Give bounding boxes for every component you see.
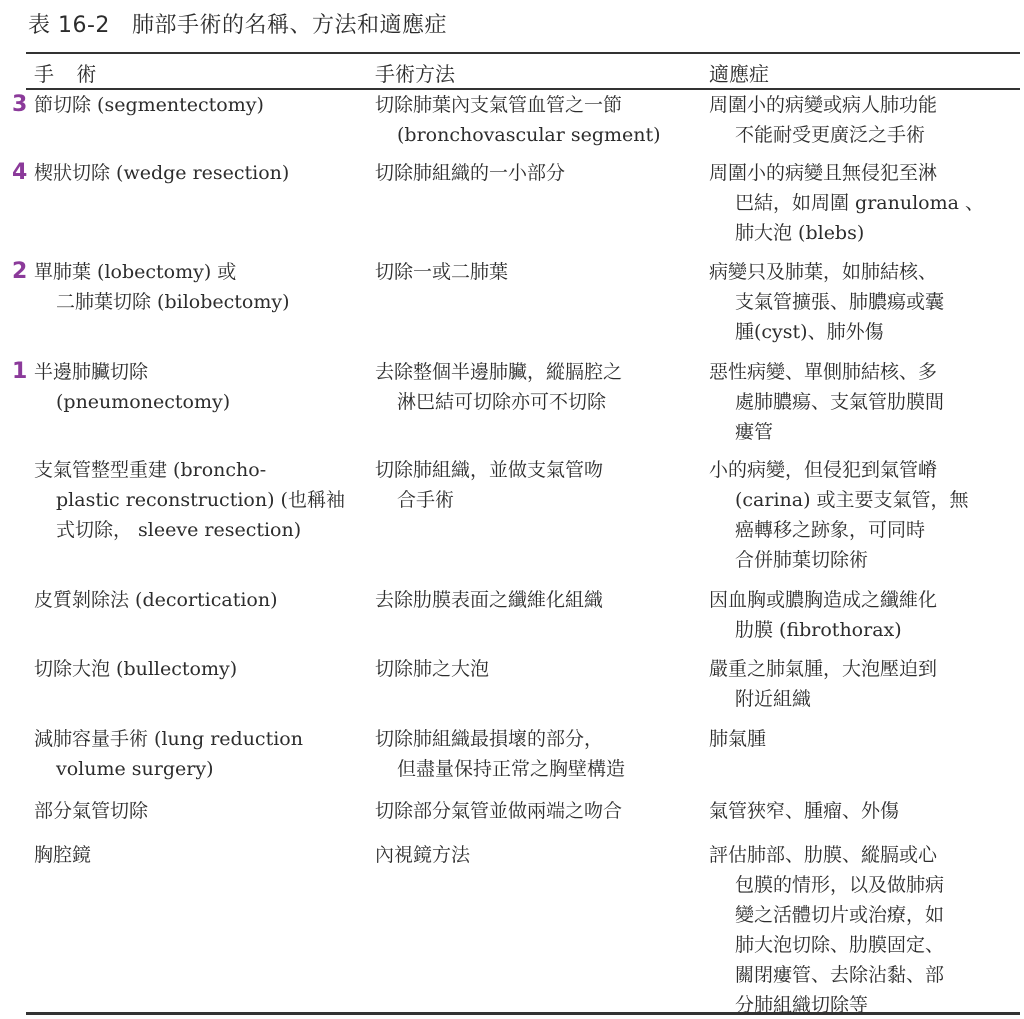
cell-line: 評估肺部、肋膜、縱膈或心 xyxy=(709,840,1019,870)
bottom-rule xyxy=(26,1012,1020,1015)
cell-line: 但盡量保持正常之胸壁構造 xyxy=(375,754,700,784)
cell-line: 切除肺組織最損壞的部分， xyxy=(375,724,700,754)
cell-line: 胸腔鏡 xyxy=(34,840,369,870)
cell-line: 支氣管整型重建 (broncho- xyxy=(34,455,369,485)
cell-line: 關閉瘻管、去除沾黏、部 xyxy=(709,960,1019,990)
cell-indication: 小的病變，但侵犯到氣管嵴(carina) 或主要支氣管，無癌轉移之跡象，可同時合… xyxy=(709,455,1019,575)
cell-line: 切除一或二肺葉 xyxy=(375,257,700,287)
cell-line: 因血胸或膿胸造成之纖維化 xyxy=(709,585,1019,615)
cell-method: 切除部分氣管並做兩端之吻合 xyxy=(375,796,700,826)
cell-surgery: 皮質剝除法 (decortication) xyxy=(34,585,369,615)
row-number-marker: 1 xyxy=(12,357,27,387)
cell-line: 瘻管 xyxy=(709,417,1019,447)
cell-line: 變之活體切片或治療，如 xyxy=(709,900,1019,930)
cell-line: 支氣管擴張、肺膿瘍或囊 xyxy=(709,287,1019,317)
cell-indication: 因血胸或膿胸造成之纖維化肋膜 (fibrothorax) xyxy=(709,585,1019,645)
cell-line: 去除整個半邊肺臟，縱膈腔之 xyxy=(375,357,700,387)
cell-line: 氣管狹窄、腫瘤、外傷 xyxy=(709,796,1019,826)
cell-surgery: 胸腔鏡 xyxy=(34,840,369,870)
header-method: 手術方法 xyxy=(375,58,455,87)
cell-line: 二肺葉切除 (bilobectomy) xyxy=(34,287,369,317)
cell-line: 肺大泡 (blebs) xyxy=(709,218,1019,248)
cell-line: 淋巴結可切除亦可不切除 xyxy=(375,387,700,417)
cell-line: 周圍小的病變或病人肺功能 xyxy=(709,90,1019,120)
cell-line: 肺氣腫 xyxy=(709,724,1019,754)
cell-line: 減肺容量手術 (lung reduction xyxy=(34,724,369,754)
cell-line: 切除大泡 (bullectomy) xyxy=(34,654,369,684)
cell-line: (bronchovascular segment) xyxy=(375,120,700,150)
cell-surgery: 支氣管整型重建 (broncho-plastic reconstruction)… xyxy=(34,455,369,545)
cell-line: 小的病變，但侵犯到氣管嵴 xyxy=(709,455,1019,485)
cell-line: 肺大泡切除、肋膜固定、 xyxy=(709,930,1019,960)
cell-indication: 周圍小的病變且無侵犯至淋巴結，如周圍 granuloma 、肺大泡 (blebs… xyxy=(709,158,1019,248)
cell-line: 切除部分氣管並做兩端之吻合 xyxy=(375,796,700,826)
cell-line: 切除肺組織，並做支氣管吻 xyxy=(375,455,700,485)
cell-line: 肋膜 (fibrothorax) xyxy=(709,615,1019,645)
cell-surgery: 單肺葉 (lobectomy) 或二肺葉切除 (bilobectomy) xyxy=(34,257,369,317)
cell-line: 單肺葉 (lobectomy) 或 xyxy=(34,257,369,287)
cell-line: 切除肺組織的一小部分 xyxy=(375,158,700,188)
cell-method: 切除肺之大泡 xyxy=(375,654,700,684)
cell-line: 內視鏡方法 xyxy=(375,840,700,870)
row-number-marker: 3 xyxy=(12,90,27,120)
table-caption: 表 16-2肺部手術的名稱、方法和適應症 xyxy=(28,8,447,39)
cell-line: 嚴重之肺氣腫，大泡壓迫到 xyxy=(709,654,1019,684)
cell-indication: 評估肺部、肋膜、縱膈或心包膜的情形，以及做肺病變之活體切片或治療，如肺大泡切除、… xyxy=(709,840,1019,1019)
table-title: 肺部手術的名稱、方法和適應症 xyxy=(132,13,447,38)
cell-method: 切除肺組織的一小部分 xyxy=(375,158,700,188)
cell-line: 半邊肺臟切除 xyxy=(34,357,369,387)
cell-indication: 周圍小的病變或病人肺功能不能耐受更廣泛之手術 xyxy=(709,90,1019,150)
top-rule xyxy=(26,52,1020,54)
cell-line: 周圍小的病變且無侵犯至淋 xyxy=(709,158,1019,188)
cell-line: (pneumonectomy) xyxy=(34,387,369,417)
cell-indication: 氣管狹窄、腫瘤、外傷 xyxy=(709,796,1019,826)
cell-line: 部分氣管切除 xyxy=(34,796,369,826)
cell-line: 切除肺葉內支氣管血管之一節 xyxy=(375,90,700,120)
cell-method: 切除一或二肺葉 xyxy=(375,257,700,287)
cell-surgery: 半邊肺臟切除(pneumonectomy) xyxy=(34,357,369,417)
header-surgery: 手 術 xyxy=(34,58,104,87)
cell-line: 分肺組織切除等 xyxy=(709,990,1019,1019)
cell-method: 切除肺葉內支氣管血管之一節(bronchovascular segment) xyxy=(375,90,700,150)
cell-method: 去除肋膜表面之纖維化組織 xyxy=(375,585,700,615)
cell-line: 合併肺葉切除術 xyxy=(709,545,1019,575)
cell-indication: 惡性病變、單側肺結核、多處肺膿瘍、支氣管肋膜間瘻管 xyxy=(709,357,1019,447)
cell-indication: 病變只及肺葉，如肺結核、支氣管擴張、肺膿瘍或囊腫(cyst)、肺外傷 xyxy=(709,257,1019,347)
header-indication: 適應症 xyxy=(709,58,769,87)
cell-line: volume surgery) xyxy=(34,754,369,784)
cell-surgery: 切除大泡 (bullectomy) xyxy=(34,654,369,684)
cell-line: (carina) 或主要支氣管，無 xyxy=(709,485,1019,515)
table-number: 表 16-2 xyxy=(28,13,110,38)
row-number-marker: 4 xyxy=(12,158,27,188)
cell-line: 腫(cyst)、肺外傷 xyxy=(709,317,1019,347)
cell-line: 巴結，如周圍 granuloma 、 xyxy=(709,188,1019,218)
cell-line: plastic reconstruction) (也稱袖 xyxy=(34,485,369,515)
cell-method: 切除肺組織最損壞的部分，但盡量保持正常之胸壁構造 xyxy=(375,724,700,784)
cell-line: 惡性病變、單側肺結核、多 xyxy=(709,357,1019,387)
cell-method: 內視鏡方法 xyxy=(375,840,700,870)
cell-line: 節切除 (segmentectomy) xyxy=(34,90,369,120)
cell-line: 去除肋膜表面之纖維化組織 xyxy=(375,585,700,615)
cell-line: 不能耐受更廣泛之手術 xyxy=(709,120,1019,150)
cell-line: 包膜的情形，以及做肺病 xyxy=(709,870,1019,900)
cell-line: 合手術 xyxy=(375,485,700,515)
cell-line: 楔狀切除 (wedge resection) xyxy=(34,158,369,188)
cell-indication: 肺氣腫 xyxy=(709,724,1019,754)
cell-indication: 嚴重之肺氣腫，大泡壓迫到附近組織 xyxy=(709,654,1019,714)
cell-method: 去除整個半邊肺臟，縱膈腔之淋巴結可切除亦可不切除 xyxy=(375,357,700,417)
cell-line: 處肺膿瘍、支氣管肋膜間 xyxy=(709,387,1019,417)
row-number-marker: 2 xyxy=(12,257,27,287)
cell-line: 附近組織 xyxy=(709,684,1019,714)
cell-line: 切除肺之大泡 xyxy=(375,654,700,684)
cell-surgery: 部分氣管切除 xyxy=(34,796,369,826)
cell-surgery: 節切除 (segmentectomy) xyxy=(34,90,369,120)
cell-line: 癌轉移之跡象，可同時 xyxy=(709,515,1019,545)
cell-method: 切除肺組織，並做支氣管吻合手術 xyxy=(375,455,700,515)
cell-line: 式切除， sleeve resection) xyxy=(34,515,369,545)
cell-line: 病變只及肺葉，如肺結核、 xyxy=(709,257,1019,287)
cell-surgery: 減肺容量手術 (lung reductionvolume surgery) xyxy=(34,724,369,784)
cell-surgery: 楔狀切除 (wedge resection) xyxy=(34,158,369,188)
cell-line: 皮質剝除法 (decortication) xyxy=(34,585,369,615)
